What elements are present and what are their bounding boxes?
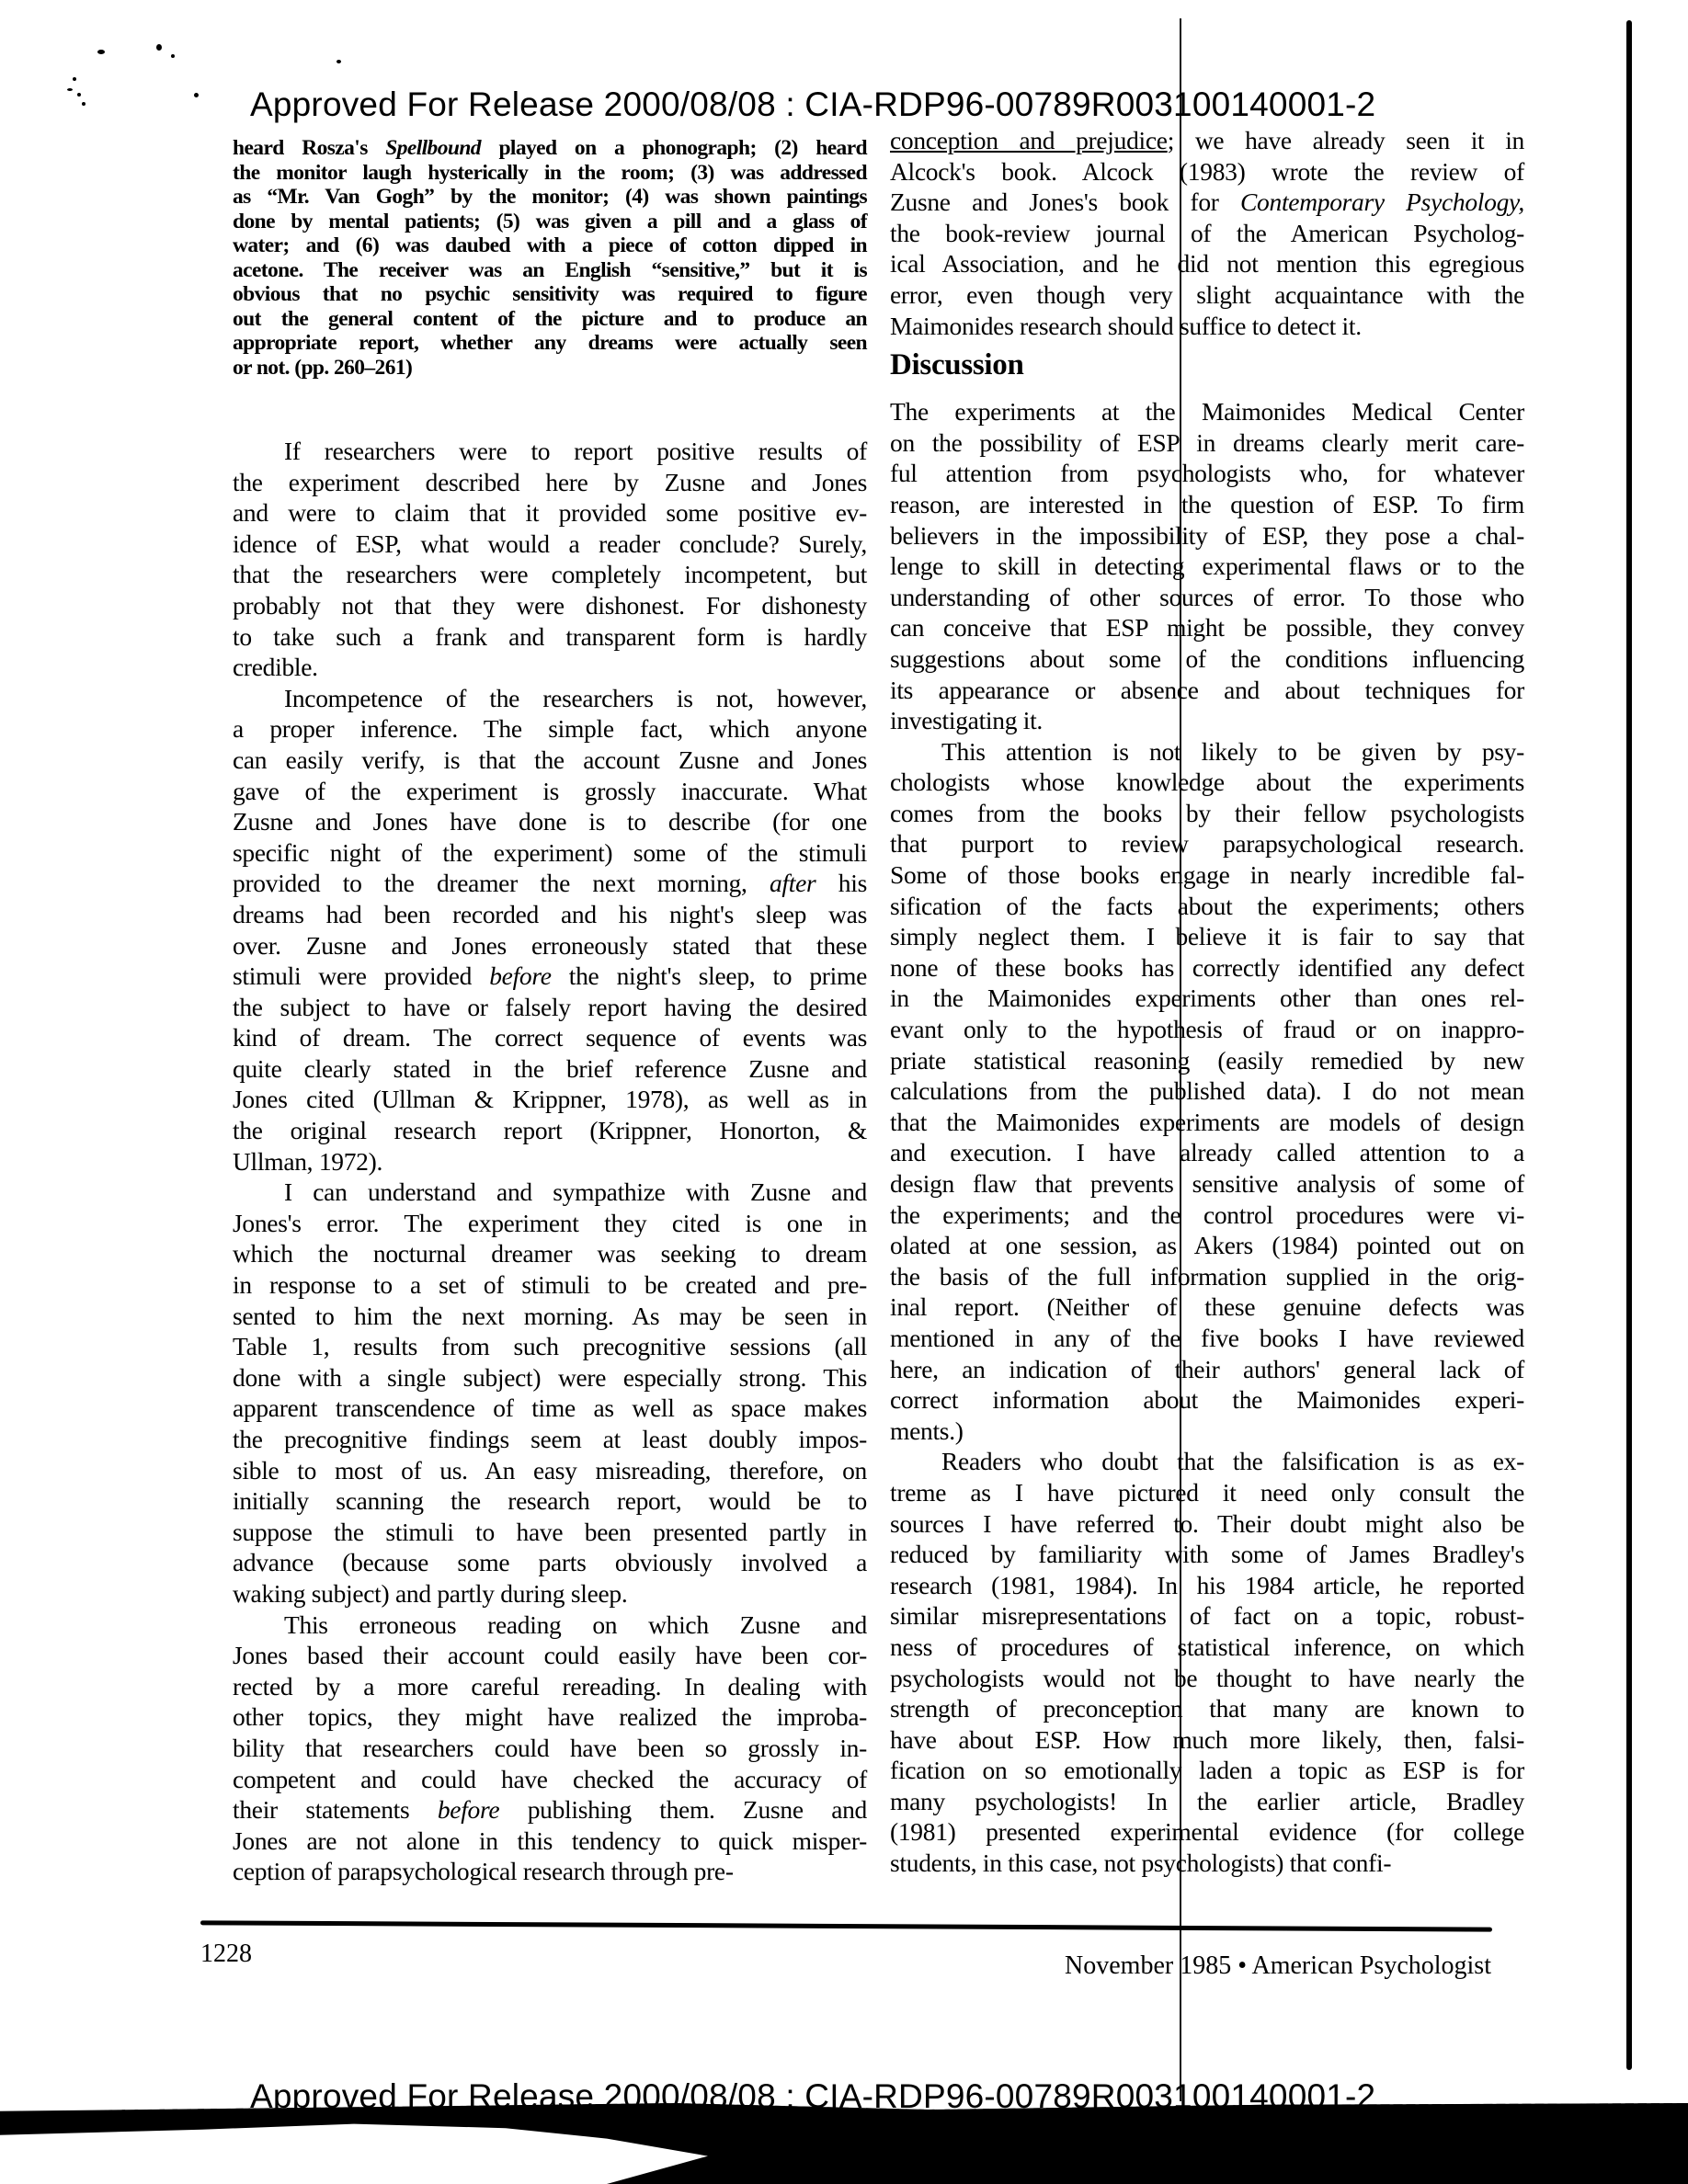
text-line: evant only to the hypothesis of fraud or… [890, 1014, 1524, 1045]
text-line: the subject to have or falsely report ha… [233, 992, 867, 1023]
scan-speck [82, 102, 86, 106]
quote-title-spellbound: Spellbound [385, 136, 481, 160]
text-line: investigating it. [890, 705, 1524, 736]
footer-rule [200, 1920, 1492, 1931]
right-column: conception and prejudice; we have alread… [890, 125, 1524, 1879]
text-line: research (1981, 1984). In his 1984 artic… [890, 1570, 1524, 1601]
page-number: 1228 [200, 1939, 252, 1969]
paragraph: This erroneous reading on which Zusne an… [233, 1610, 867, 1887]
text-line: other topics, they might have realized t… [233, 1701, 867, 1733]
text-line: sible to most of us. An easy misreading,… [233, 1455, 867, 1486]
scan-speck [77, 93, 81, 97]
text-line: Alcock's book. Alcock (1983) wrote the r… [890, 156, 1524, 188]
text-line: olated at one session, as Akers (1984) p… [890, 1230, 1524, 1261]
text-line: initially scanning the research report, … [233, 1485, 867, 1517]
text-line: on the possibility of ESP in dreams clea… [890, 427, 1524, 459]
text-line: waking subject) and partly during sleep. [233, 1578, 867, 1610]
text-line: sented to him the next morning. As may b… [233, 1301, 867, 1332]
text-line: advance (because some parts obviously in… [233, 1547, 867, 1578]
paragraph: Incompetence of the researchers is not, … [233, 683, 867, 1177]
text-line: can conceive that ESP might be possible,… [890, 612, 1524, 643]
text-line: none of these books has correctly identi… [890, 952, 1524, 984]
text-line: Table 1, results from such precognitive … [233, 1331, 867, 1362]
paragraph: This attention is not likely to be given… [890, 736, 1524, 1447]
text-line: stimuli were provided before the night's… [233, 961, 867, 992]
text-line: its appearance or absence and about tech… [890, 675, 1524, 706]
quote-line: acetone. The receiver was an English “se… [233, 258, 867, 283]
text-line: bility that researchers could have been … [233, 1733, 867, 1764]
text-line: Some of those books engage in nearly inc… [890, 859, 1524, 891]
text-line: similar misrepresentations of fact on a … [890, 1600, 1524, 1632]
text-line: over. Zusne and Jones erroneously stated… [233, 930, 867, 961]
quote-line: the monitor laugh hysterically in the ro… [233, 161, 867, 186]
paragraph: Readers who doubt that the falsification… [890, 1446, 1524, 1878]
quote-line: heard Rosza's Spellbound played on a pho… [233, 136, 867, 161]
scan-speck [73, 77, 76, 81]
scan-speck [171, 54, 175, 58]
text-line: probably not that they were dishonest. F… [233, 590, 867, 621]
text-line: believers in the impossibility of ESP, t… [890, 520, 1524, 552]
text-line: This attention is not likely to be given… [890, 736, 1524, 768]
text-line: credible. [233, 652, 867, 683]
quote-line: or not. (pp. 260–261) [233, 356, 867, 381]
text-line: design flaw that prevents sensitive anal… [890, 1168, 1524, 1200]
text-line: students, in this case, not psychologist… [890, 1848, 1524, 1879]
text-line: sources I have referred to. Their doubt … [890, 1508, 1524, 1540]
quote-line: appropriate report, whether any dreams w… [233, 331, 867, 356]
text-line: the original research report (Krippner, … [233, 1115, 867, 1146]
paragraph: I can understand and sympathize with Zus… [233, 1177, 867, 1609]
text-line: (1981) presented experimental evidence (… [890, 1816, 1524, 1848]
text-line: reduced by familiarity with some of Jame… [890, 1539, 1524, 1570]
text-line: specific night of the experiment) some o… [233, 837, 867, 869]
quote-line: done by mental patients; (5) was given a… [233, 210, 867, 234]
scan-speck [67, 88, 73, 91]
text-line: the book-review journal of the American … [890, 218, 1524, 249]
text-line: competent and could have checked the acc… [233, 1764, 867, 1795]
text-line: ception of parapsychological research th… [233, 1856, 867, 1887]
text-line: ness of procedures of statistical infere… [890, 1632, 1524, 1663]
text-line: and were to claim that it provided some … [233, 497, 867, 529]
underlined-text: conception and prejudice [890, 126, 1168, 154]
quote-line: water; and (6) was daubed with a piece o… [233, 233, 867, 258]
block-quote: heard Rosza's Spellbound played on a pho… [233, 136, 867, 380]
text-line: ful attention from psychologists who, fo… [890, 458, 1524, 489]
text-line: The experiments at the Maimonides Medica… [890, 396, 1524, 427]
text-line: apparent transcendence of time as well a… [233, 1393, 867, 1424]
text-line: gave of the experiment is grossly inaccu… [233, 776, 867, 807]
text-line: in response to a set of stimuli to be cr… [233, 1269, 867, 1301]
text-line: the precognitive findings seem at least … [233, 1424, 867, 1455]
text-line: treme as I have pictured it need only co… [890, 1477, 1524, 1508]
release-stamp-top: Approved For Release 2000/08/08 : CIA-RD… [250, 87, 1375, 121]
text-line: fication on so emotionally laden a topic… [890, 1755, 1524, 1786]
italic-text: before [489, 961, 551, 990]
text-line: simply neglect them. I believe it is fai… [890, 921, 1524, 952]
text-line: can easily verify, is that the account Z… [233, 745, 867, 776]
text-line: comes from the books by their fellow psy… [890, 798, 1524, 829]
section-heading: Discussion [890, 347, 1524, 383]
text-line: correct information about the Maimonides… [890, 1384, 1524, 1416]
text-line: done with a single subject) were especia… [233, 1362, 867, 1393]
text-line: inal report. (Neither of these genuine d… [890, 1291, 1524, 1323]
text-line: idence of ESP, what would a reader concl… [233, 529, 867, 560]
text-line: that the Maimonides experiments are mode… [890, 1107, 1524, 1138]
text-line: This erroneous reading on which Zusne an… [233, 1610, 867, 1641]
text-line: rected by a more careful rereading. In d… [233, 1671, 867, 1702]
text-line: sification of the facts about the experi… [890, 891, 1524, 922]
journal-info: November 1985 • American Psychologist [1065, 1951, 1491, 1981]
text-line: many psychologists! In the earlier artic… [890, 1786, 1524, 1817]
text-line: Readers who doubt that the falsification… [890, 1446, 1524, 1477]
text-line: Jones cited (Ullman & Krippner, 1978), a… [233, 1084, 867, 1115]
text-line: the experiment described here by Zusne a… [233, 467, 867, 498]
text-line: a proper inference. The simple fact, whi… [233, 713, 867, 745]
text-line: understanding of other sources of error.… [890, 582, 1524, 613]
text-line: error, even though very slight acquainta… [890, 279, 1524, 311]
text-line: priate statistical reasoning (easily rem… [890, 1045, 1524, 1076]
text-line: Jones based their account could easily h… [233, 1640, 867, 1671]
text-line: If researchers were to report positive r… [233, 436, 867, 467]
text-line: quite clearly stated in the brief refere… [233, 1053, 867, 1085]
quote-line: as “Mr. Van Gogh” by the monitor; (4) wa… [233, 185, 867, 210]
italic-text: after [770, 869, 815, 897]
scan-speck [336, 60, 341, 63]
italic-text: Contemporary Psychology, [1240, 188, 1524, 216]
text-line: that the researchers were completely inc… [233, 559, 867, 590]
text-line: lenge to skill in detecting experimental… [890, 551, 1524, 582]
quote-line: obvious that no psychic sensitivity was … [233, 282, 867, 307]
paragraph: The experiments at the Maimonides Medica… [890, 396, 1524, 736]
text-line: Ullman, 1972). [233, 1146, 867, 1177]
text-line: calculations from the published data). I… [890, 1075, 1524, 1107]
text-line: ments.) [890, 1416, 1524, 1447]
text-line: dreams had been recorded and his night's… [233, 899, 867, 930]
paragraph: If researchers were to report positive r… [233, 436, 867, 683]
text-line: the experiments; and the control procedu… [890, 1200, 1524, 1231]
text-line: suppose the stimuli to have been present… [233, 1517, 867, 1548]
text-line: reason, are interested in the question o… [890, 489, 1524, 520]
text-line: Maimonides research should suffice to de… [890, 311, 1524, 342]
text-line: here, an indication of their authors' ge… [890, 1354, 1524, 1385]
quote-line: out the general content of the picture a… [233, 307, 867, 332]
text-line: their statements before publishing them.… [233, 1794, 867, 1826]
continuation-paragraph: conception and prejudice; we have alread… [890, 125, 1524, 341]
text-line: suggestions about some of the conditions… [890, 643, 1524, 675]
text-line: provided to the dreamer the next morning… [233, 868, 867, 899]
text-line: mentioned in any of the five books I hav… [890, 1323, 1524, 1354]
text-line: kind of dream. The correct sequence of e… [233, 1022, 867, 1053]
scan-speck [194, 93, 199, 97]
text-line: Zusne and Jones's book for Contemporary … [890, 187, 1524, 218]
text-line: ical Association, and he did not mention… [890, 248, 1524, 279]
text-line: the basis of the full information suppli… [890, 1261, 1524, 1292]
text-line: strength of preconception that many are … [890, 1693, 1524, 1724]
text-line: Zusne and Jones have done is to describe… [233, 806, 867, 837]
text-line: I can understand and sympathize with Zus… [233, 1177, 867, 1208]
text-line: Jones's error. The experiment they cited… [233, 1208, 867, 1239]
text-line: psychologists would not be thought to ha… [890, 1663, 1524, 1694]
text-line: Jones are not alone in this tendency to … [233, 1826, 867, 1857]
text-line: and execution. I have already called att… [890, 1137, 1524, 1168]
italic-text: before [438, 1795, 499, 1824]
text-line: conception and prejudice; we have alread… [890, 125, 1524, 156]
text-line: in the Maimonides experiments other than… [890, 983, 1524, 1014]
page-edge-border [1626, 20, 1632, 2070]
text-line: to take such a frank and transparent for… [233, 621, 867, 653]
text-line: that purport to review parapsychological… [890, 828, 1524, 859]
text-line: have about ESP. How much more likely, th… [890, 1724, 1524, 1756]
scan-speck [97, 50, 105, 54]
text-line: Incompetence of the researchers is not, … [233, 683, 867, 714]
text-line: which the nocturnal dreamer was seeking … [233, 1238, 867, 1269]
scan-speck [156, 44, 162, 51]
text-line: chologists whose knowledge about the exp… [890, 767, 1524, 798]
left-column: If researchers were to report positive r… [233, 436, 867, 1887]
